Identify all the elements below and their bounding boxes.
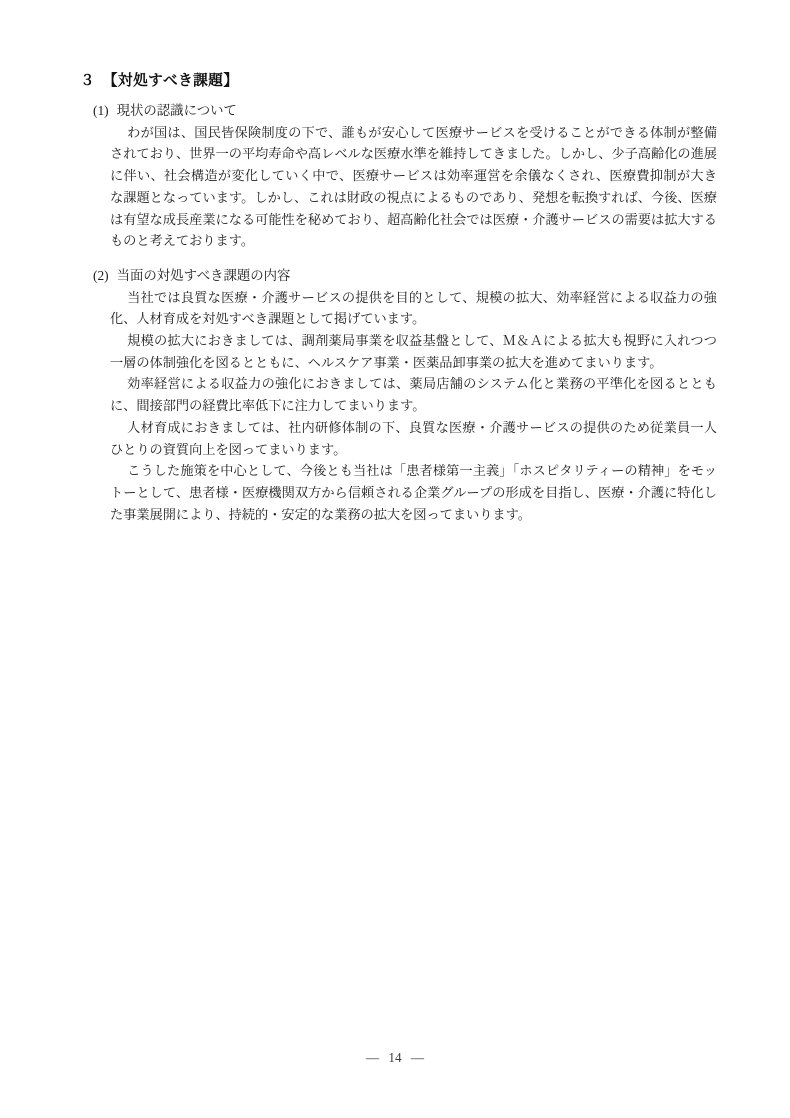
subsection-2-title-line: (2)当面の対処すべき課題の内容	[93, 265, 790, 287]
subsection-1: (1)現状の認識について わが国は、国民皆保険制度の下で、誰もが安心して医療サー…	[0, 100, 790, 252]
paragraph: 規模の拡大におきましては、調剤薬局事業を収益基盤として、Ｍ＆Ａによる拡大も視野に…	[110, 330, 717, 373]
subsection-1-title: 現状の認識について	[117, 103, 237, 118]
subsection-2-body: 当社では良質な医療・介護サービスの提供を目的として、規模の拡大、効率経営による収…	[110, 287, 717, 526]
subsection-1-title-line: (1)現状の認識について	[93, 100, 790, 122]
subsection-1-body: わが国は、国民皆保険制度の下で、誰もが安心して医療サービスを受けることができる体…	[110, 122, 717, 252]
paragraph: 当社では良質な医療・介護サービスの提供を目的として、規模の拡大、効率経営による収…	[110, 287, 717, 330]
paragraph: こうした施策を中心として、今後とも当社は「患者様第一主義」「ホスピタリティーの精…	[110, 460, 717, 525]
paragraph: 効率経営による収益力の強化におきましては、薬局店舗のシステム化と業務の平準化を図…	[110, 373, 717, 416]
paragraph: 人材育成におきましては、社内研修体制の下、良質な医療・介護サービスの提供のため従…	[110, 417, 717, 460]
subsection-2: (2)当面の対処すべき課題の内容 当社では良質な医療・介護サービスの提供を目的と…	[0, 265, 790, 525]
subsection-2-label: (2)	[93, 265, 109, 287]
page-number: — 14 —	[0, 1049, 790, 1067]
document-page: ３ 【対処すべき課題】 (1)現状の認識について わが国は、国民皆保険制度の下で…	[0, 0, 790, 1118]
subsection-2-title: 当面の対処すべき課題の内容	[117, 268, 291, 283]
paragraph: わが国は、国民皆保険制度の下で、誰もが安心して医療サービスを受けることができる体…	[110, 122, 717, 252]
section-heading: ３ 【対処すべき課題】	[0, 0, 790, 91]
subsection-1-label: (1)	[93, 100, 109, 122]
